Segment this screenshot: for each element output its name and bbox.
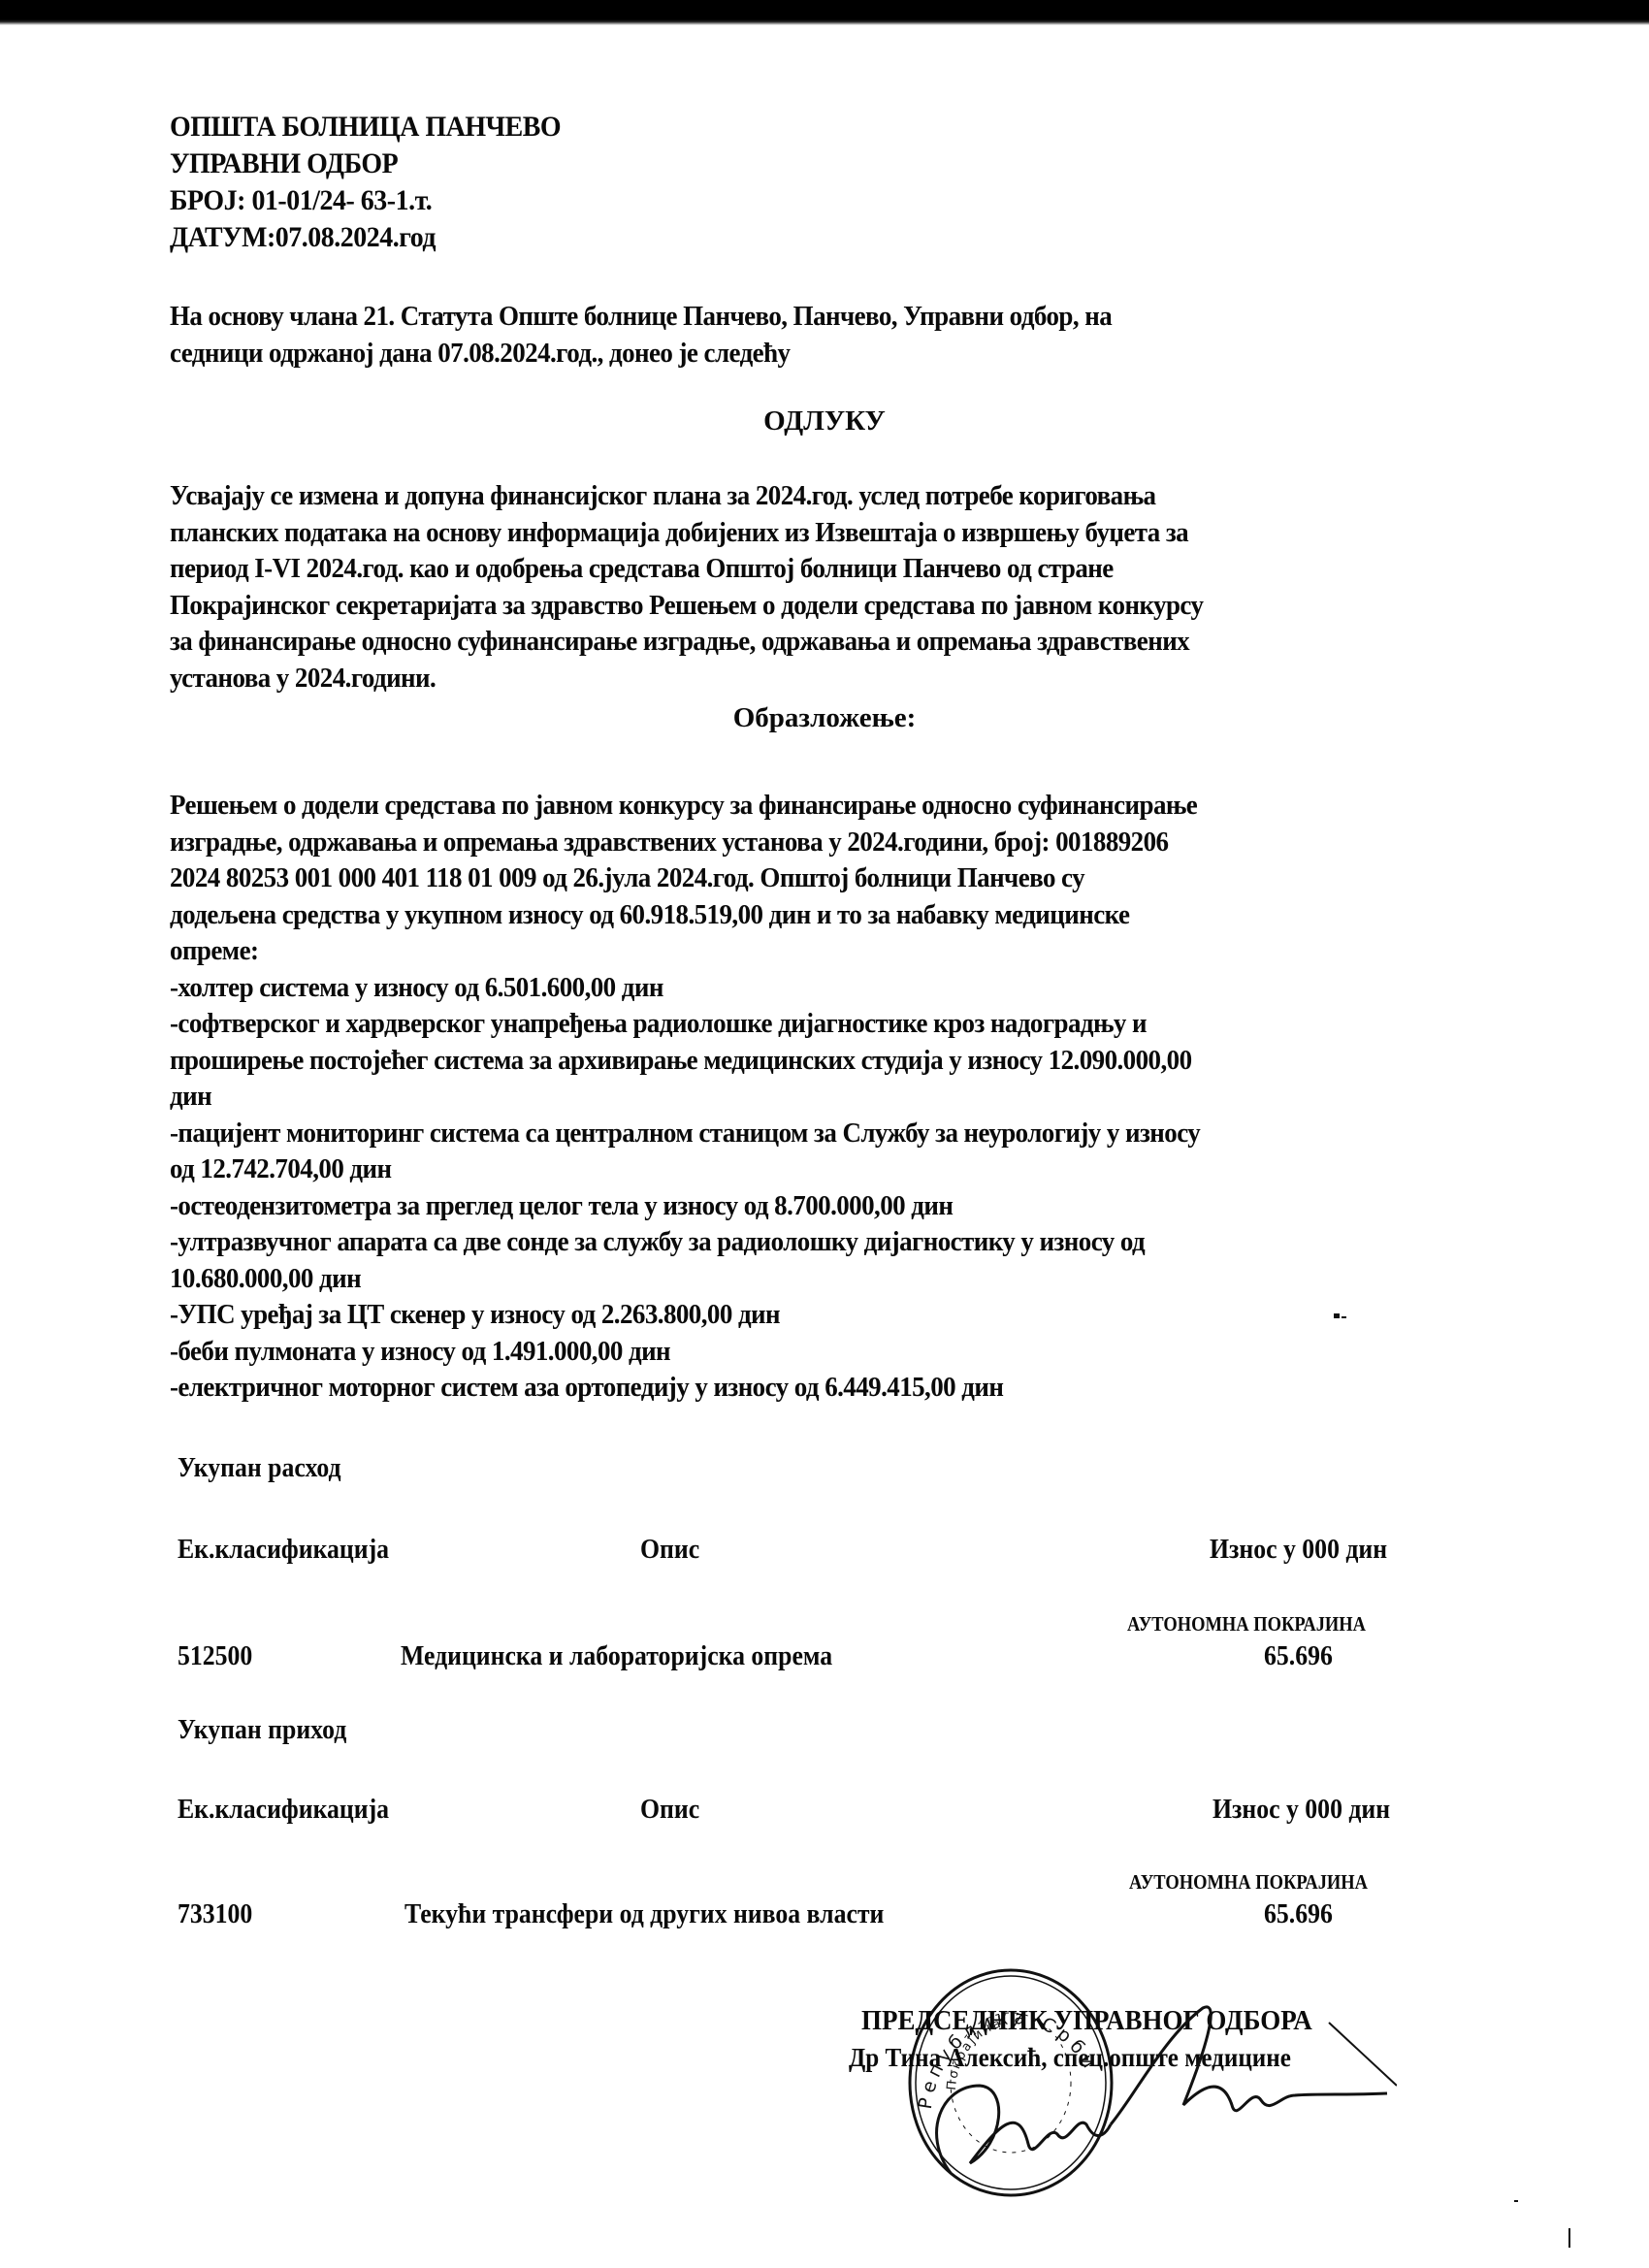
intro-line: На основу члана 21. Статута Опште болниц… <box>170 299 1365 336</box>
equipment-item: -остеодензитометра за преглед целог тела… <box>170 1188 1365 1225</box>
expenses-title: Укупан расход <box>178 1453 341 1484</box>
institution-name: ОПШТА БОЛНИЦА ПАНЧЕВО <box>170 109 561 146</box>
decision-line: Усвајају се измена и допуна финансијског… <box>170 478 1365 515</box>
decision-line: планских података на основу информација … <box>170 515 1365 552</box>
decision-title: ОДЛУКУ <box>763 405 886 437</box>
decision-paragraph: Усвајају се измена и допуна финансијског… <box>170 478 1455 697</box>
document-date: ДАТУМ:07.08.2024.год <box>170 219 436 256</box>
decision-line: установа у 2024.години. <box>170 661 1365 697</box>
handwritten-signature-icon <box>912 1979 1397 2202</box>
equipment-item: -пацијент мониторинг система са централн… <box>170 1116 1365 1152</box>
intro-line: седници одржаној дана 07.08.2024.год., д… <box>170 336 1365 373</box>
equipment-item: -холтер система у износу од 6.501.600,00… <box>170 970 1365 1007</box>
equipment-item: проширење постојећег система за архивира… <box>170 1043 1365 1080</box>
classification-code: 733100 <box>178 1899 252 1930</box>
decision-line: за финансирање односно суфинансирање изг… <box>170 624 1365 661</box>
source-label: АУТОНОМНА ПОКРАЈИНА <box>1129 1870 1368 1895</box>
equipment-item: -електричног моторног систем аза ортопед… <box>170 1370 1365 1407</box>
row-description: Текући трансфери од других нивоа власти <box>404 1899 884 1930</box>
equipment-item: -софтверског и хардверског унапређења ра… <box>170 1006 1365 1043</box>
column-header-classification: Ек.класификација <box>178 1795 389 1826</box>
equipment-item: од 12.742.704,00 дин <box>170 1151 1365 1188</box>
income-title: Укупан приход <box>178 1715 346 1746</box>
scan-artifact <box>1342 1316 1346 1318</box>
column-header-amount: Износ у 000 дин <box>1212 1795 1390 1826</box>
explanation-line: додељена средства у укупном износу од 60… <box>170 897 1365 934</box>
scan-top-border <box>0 0 1649 19</box>
equipment-item: -ултразвучног апарата са две сонде за сл… <box>170 1224 1365 1261</box>
board-name: УПРАВНИ ОДБОР <box>170 146 398 182</box>
column-header-amount: Износ у 000 дин <box>1210 1535 1387 1566</box>
row-description: Медицинска и лабораторијска опрема <box>401 1641 832 1672</box>
column-header-description: Опис <box>640 1795 699 1826</box>
column-header-description: Опис <box>640 1535 699 1566</box>
explanation-title: Образложење: <box>733 702 917 734</box>
decision-line: период I-VI 2024.год. као и одобрења сре… <box>170 551 1365 588</box>
scan-top-shadow <box>0 19 1649 25</box>
scan-artifact <box>1334 1313 1340 1318</box>
equipment-item: дин <box>170 1079 1365 1116</box>
equipment-item: -беби пулмоната у износу од 1.491.000,00… <box>170 1334 1365 1371</box>
scan-artifact <box>1568 2228 1570 2248</box>
explanation-line: опреме: <box>170 933 1365 970</box>
explanation-paragraph: Решењем о додели средстава по јавном кон… <box>170 788 1455 1407</box>
source-label: АУТОНОМНА ПОКРАЈИНА <box>1127 1612 1366 1636</box>
decision-line: Покрајинског секретаријата за здравство … <box>170 588 1365 625</box>
explanation-line: 2024 80253 001 000 401 118 01 009 од 26.… <box>170 860 1365 897</box>
row-amount: 65.696 <box>1264 1641 1333 1672</box>
equipment-item: -УПС уређај за ЦТ скенер у износу од 2.2… <box>170 1297 1365 1334</box>
explanation-line: Решењем о додели средстава по јавном кон… <box>170 788 1365 825</box>
equipment-item: 10.680.000,00 дин <box>170 1261 1365 1298</box>
intro-paragraph: На основу члана 21. Статута Опште болниц… <box>170 299 1455 372</box>
document-number: БРОЈ: 01-01/24- 63-1.т. <box>170 182 432 219</box>
explanation-line: изградње, одржавања и опремања здравстве… <box>170 825 1365 861</box>
column-header-classification: Ек.класификација <box>178 1535 389 1566</box>
scan-artifact <box>1514 2200 1518 2202</box>
classification-code: 512500 <box>178 1641 252 1672</box>
row-amount: 65.696 <box>1264 1899 1333 1930</box>
